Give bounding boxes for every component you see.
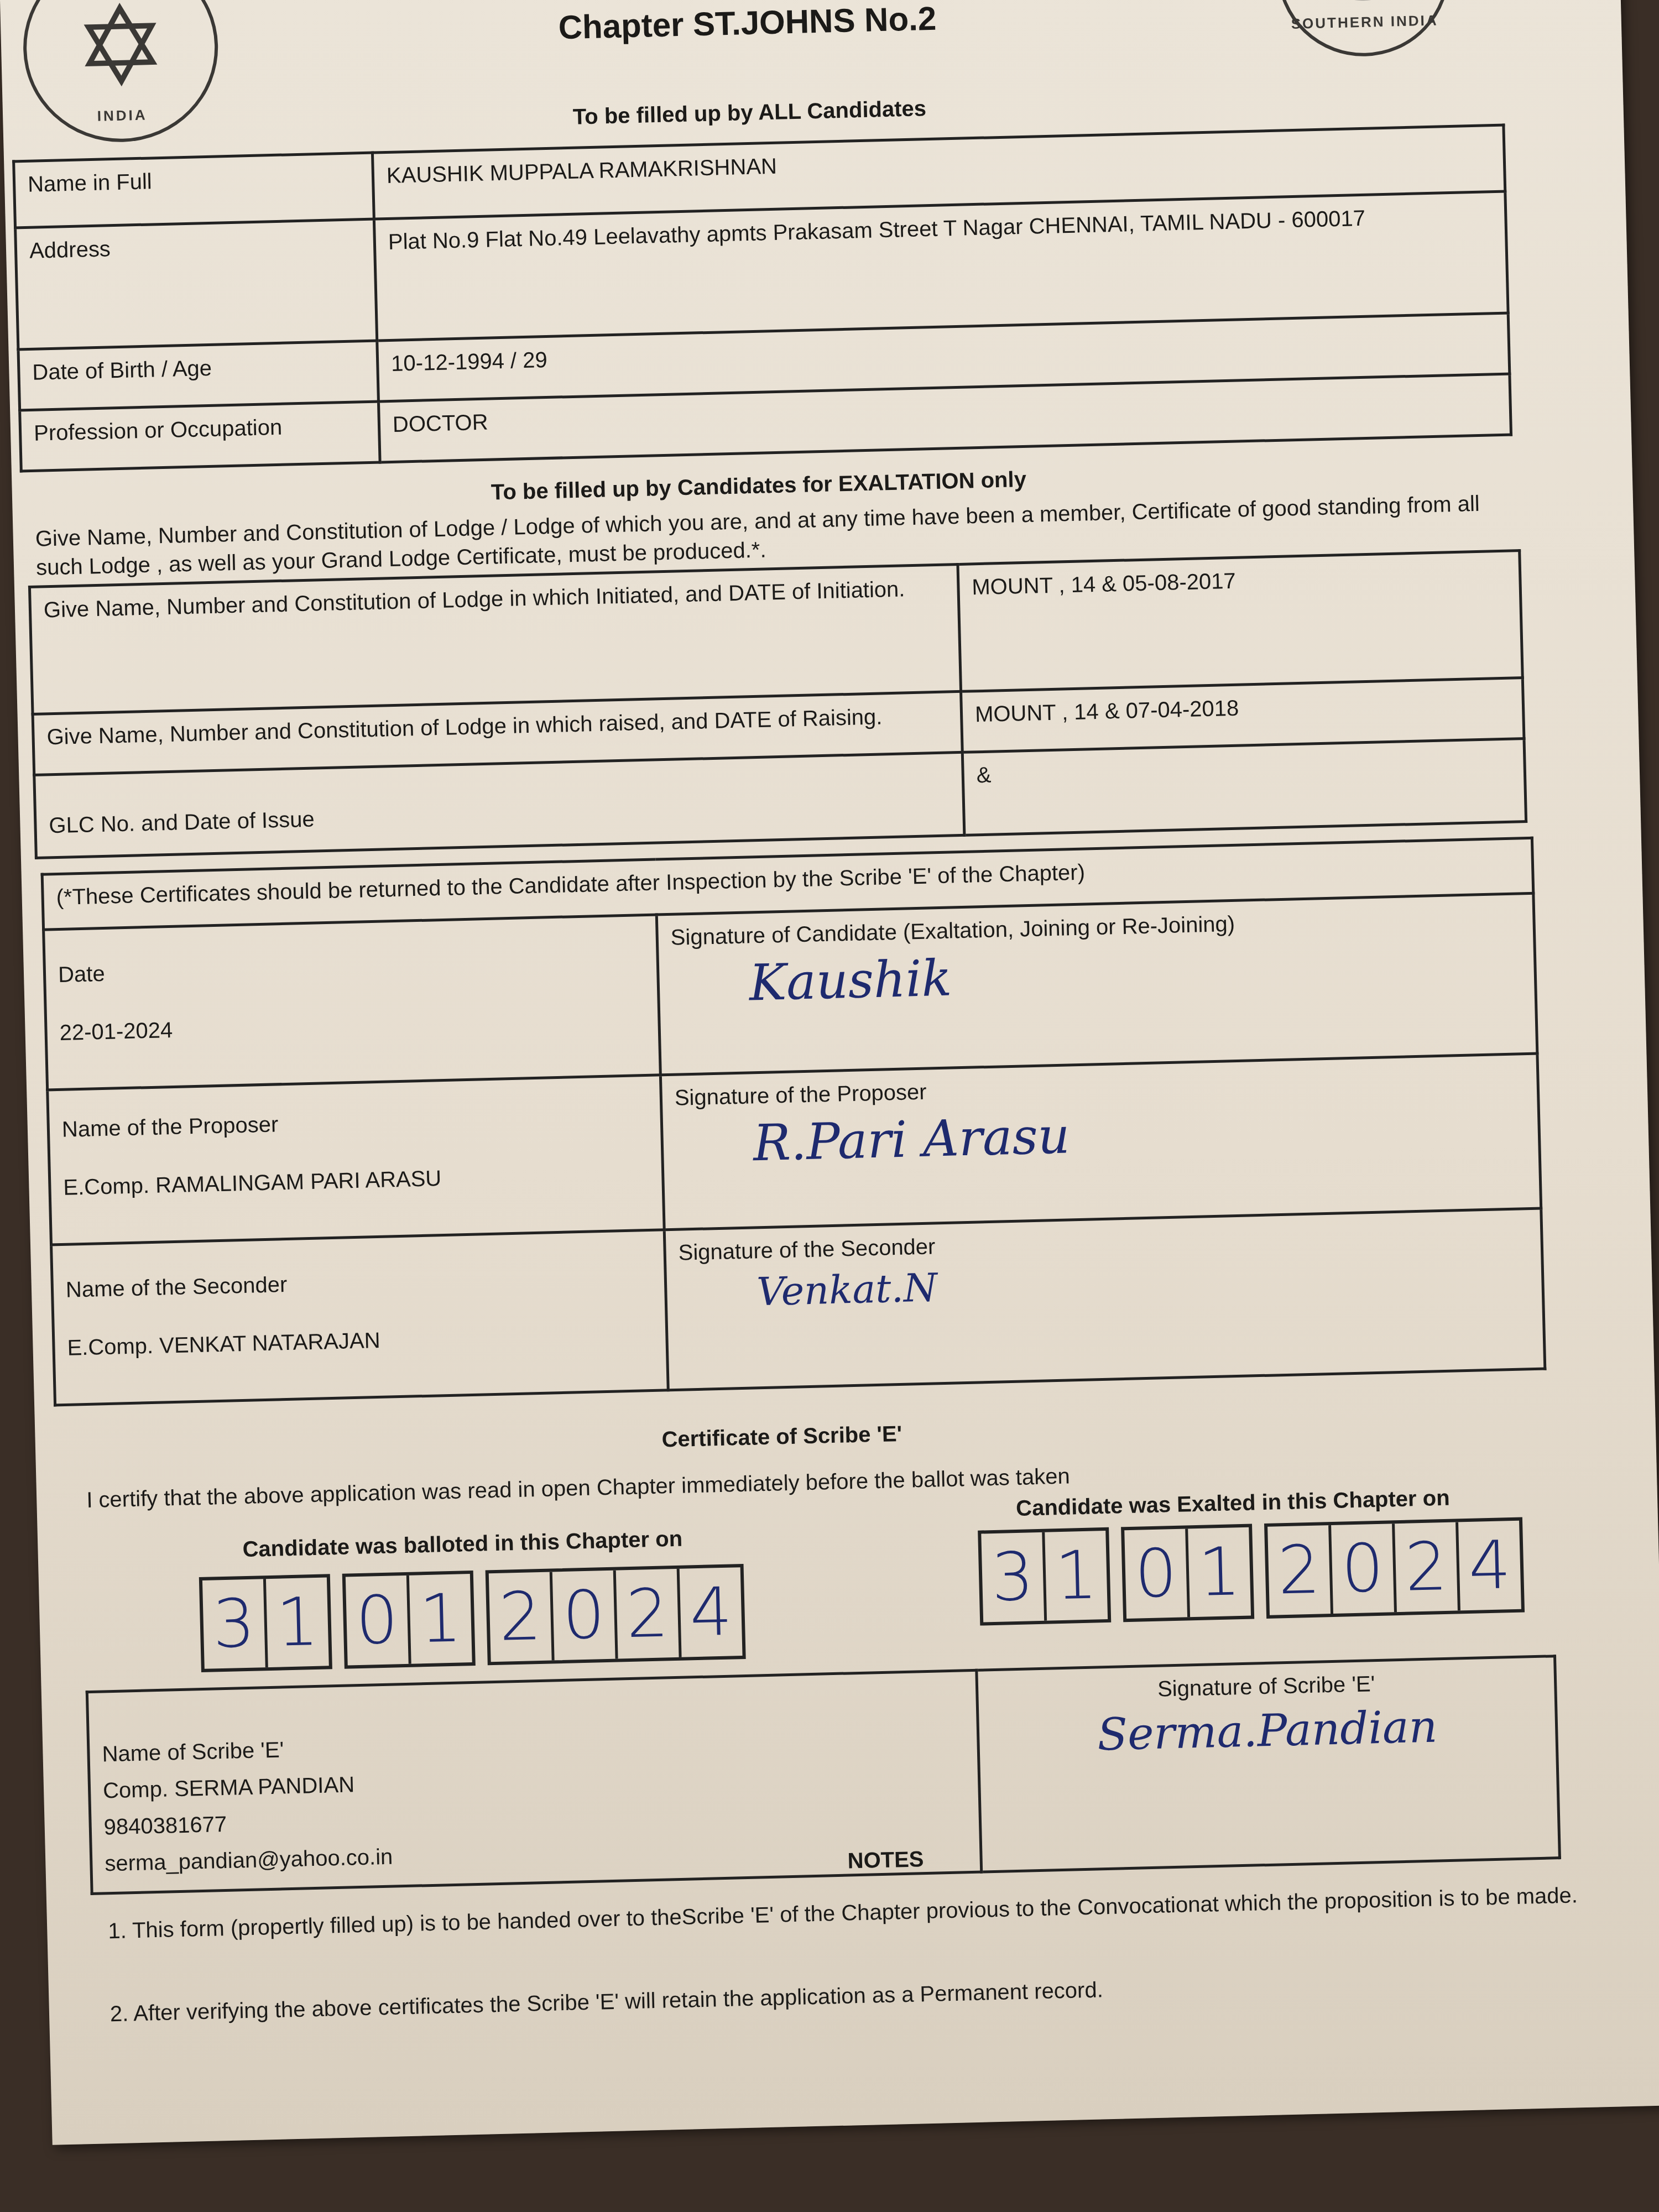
proposer-signature[interactable]: R.Pari Arasu [753,1095,1526,1172]
exalted-year: 2 0 2 4 [1264,1517,1525,1619]
notes-title: NOTES [847,1847,924,1874]
exalted-month: 0 1 [1121,1524,1254,1623]
glc-field[interactable]: & [976,750,1511,789]
note-item-1: 1. This form (propertly filled up) is to… [108,1880,1601,1945]
digit-box[interactable]: 2 [613,1569,679,1659]
digit-box[interactable]: 2 [1392,1522,1458,1613]
seconder-label: Name of the Seconder [65,1264,652,1303]
seconder-name-field[interactable]: E.Comp. VENKAT NATARAJAN [67,1322,654,1361]
exalted-date-boxes: 3 1 0 1 2 0 2 4 [978,1517,1525,1626]
digit-box[interactable]: 1 [1042,1531,1108,1621]
scribe-signature[interactable]: Serma.Pandian [991,1698,1543,1763]
field-label: GLC No. and Date of Issue [49,791,951,838]
field-label: Give Name, Number and Constitution of Lo… [46,703,948,750]
digit-box[interactable]: 2 [489,1572,552,1662]
field-label: Name in Full [28,164,360,197]
initiation-field[interactable]: MOUNT , 14 & 05-08-2017 [972,562,1507,601]
proposer-label: Name of the Proposer [61,1103,648,1142]
balloted-day: 3 1 [199,1574,332,1672]
name-field[interactable]: KAUSHIK MUPPALA RAMAKRISHNAN [386,137,1491,189]
field-label: Date of Birth / Age [32,352,364,385]
field-label: Give Name, Number and Constitution of Lo… [43,576,945,623]
digit-box[interactable]: 0 [550,1571,615,1661]
balloted-date-boxes: 3 1 0 1 2 0 2 4 [199,1564,746,1672]
scribe-table: Name of Scribe 'E' Comp. SERMA PANDIAN 9… [86,1655,1561,1895]
table-row: Name of Scribe 'E' Comp. SERMA PANDIAN 9… [87,1656,1559,1894]
signatures-table: (*These Certificates should be returned … [41,837,1547,1407]
all-candidates-table: Name in Full KAUSHIK MUPPALA RAMAKRISHNA… [12,124,1512,473]
proposer-name-field[interactable]: E.Comp. RAMALINGAM PARI ARASU [63,1161,650,1201]
digit-box[interactable]: 0 [1328,1524,1394,1614]
balloted-label: Candidate was balloted in this Chapter o… [242,1527,683,1562]
exalted-label: Candidate was Exalted in this Chapter on [1016,1486,1450,1521]
digit-box[interactable]: 3 [981,1532,1044,1623]
digit-box[interactable]: 4 [1455,1521,1521,1611]
raising-field[interactable]: MOUNT , 14 & 07-04-2018 [975,690,1510,728]
field-label: Profession or Occupation [34,413,366,446]
digit-box[interactable]: 0 [346,1575,409,1666]
page-title: Chapter ST.JOHNS No.2 [1,0,1494,60]
digit-box[interactable]: 0 [1124,1528,1187,1619]
exaltation-table: Give Name, Number and Constitution of Lo… [28,549,1527,859]
date-field[interactable]: 22-01-2024 [59,1006,646,1046]
digit-box[interactable]: 1 [263,1577,329,1667]
digit-box[interactable]: 1 [406,1574,472,1664]
candidate-signature[interactable]: Kaushik [749,935,1522,1012]
balloted-year: 2 0 2 4 [486,1564,746,1665]
digit-box[interactable]: 3 [202,1579,265,1669]
form-page: ✡ INDIA SOUTHERN INDIA Chapter ST.JOHNS … [0,0,1659,2145]
note-item-2: 2. After verifying the above certificate… [109,1963,1603,2028]
digit-box[interactable]: 2 [1267,1525,1331,1615]
date-label: Date [58,948,645,988]
exalted-day: 3 1 [978,1527,1111,1626]
digit-box[interactable]: 4 [677,1567,743,1657]
field-label: Address [29,231,362,264]
certificates-footnote: (*These Certificates should be returned … [56,860,1085,910]
digit-box[interactable]: 1 [1185,1527,1251,1618]
balloted-month: 0 1 [342,1571,476,1669]
